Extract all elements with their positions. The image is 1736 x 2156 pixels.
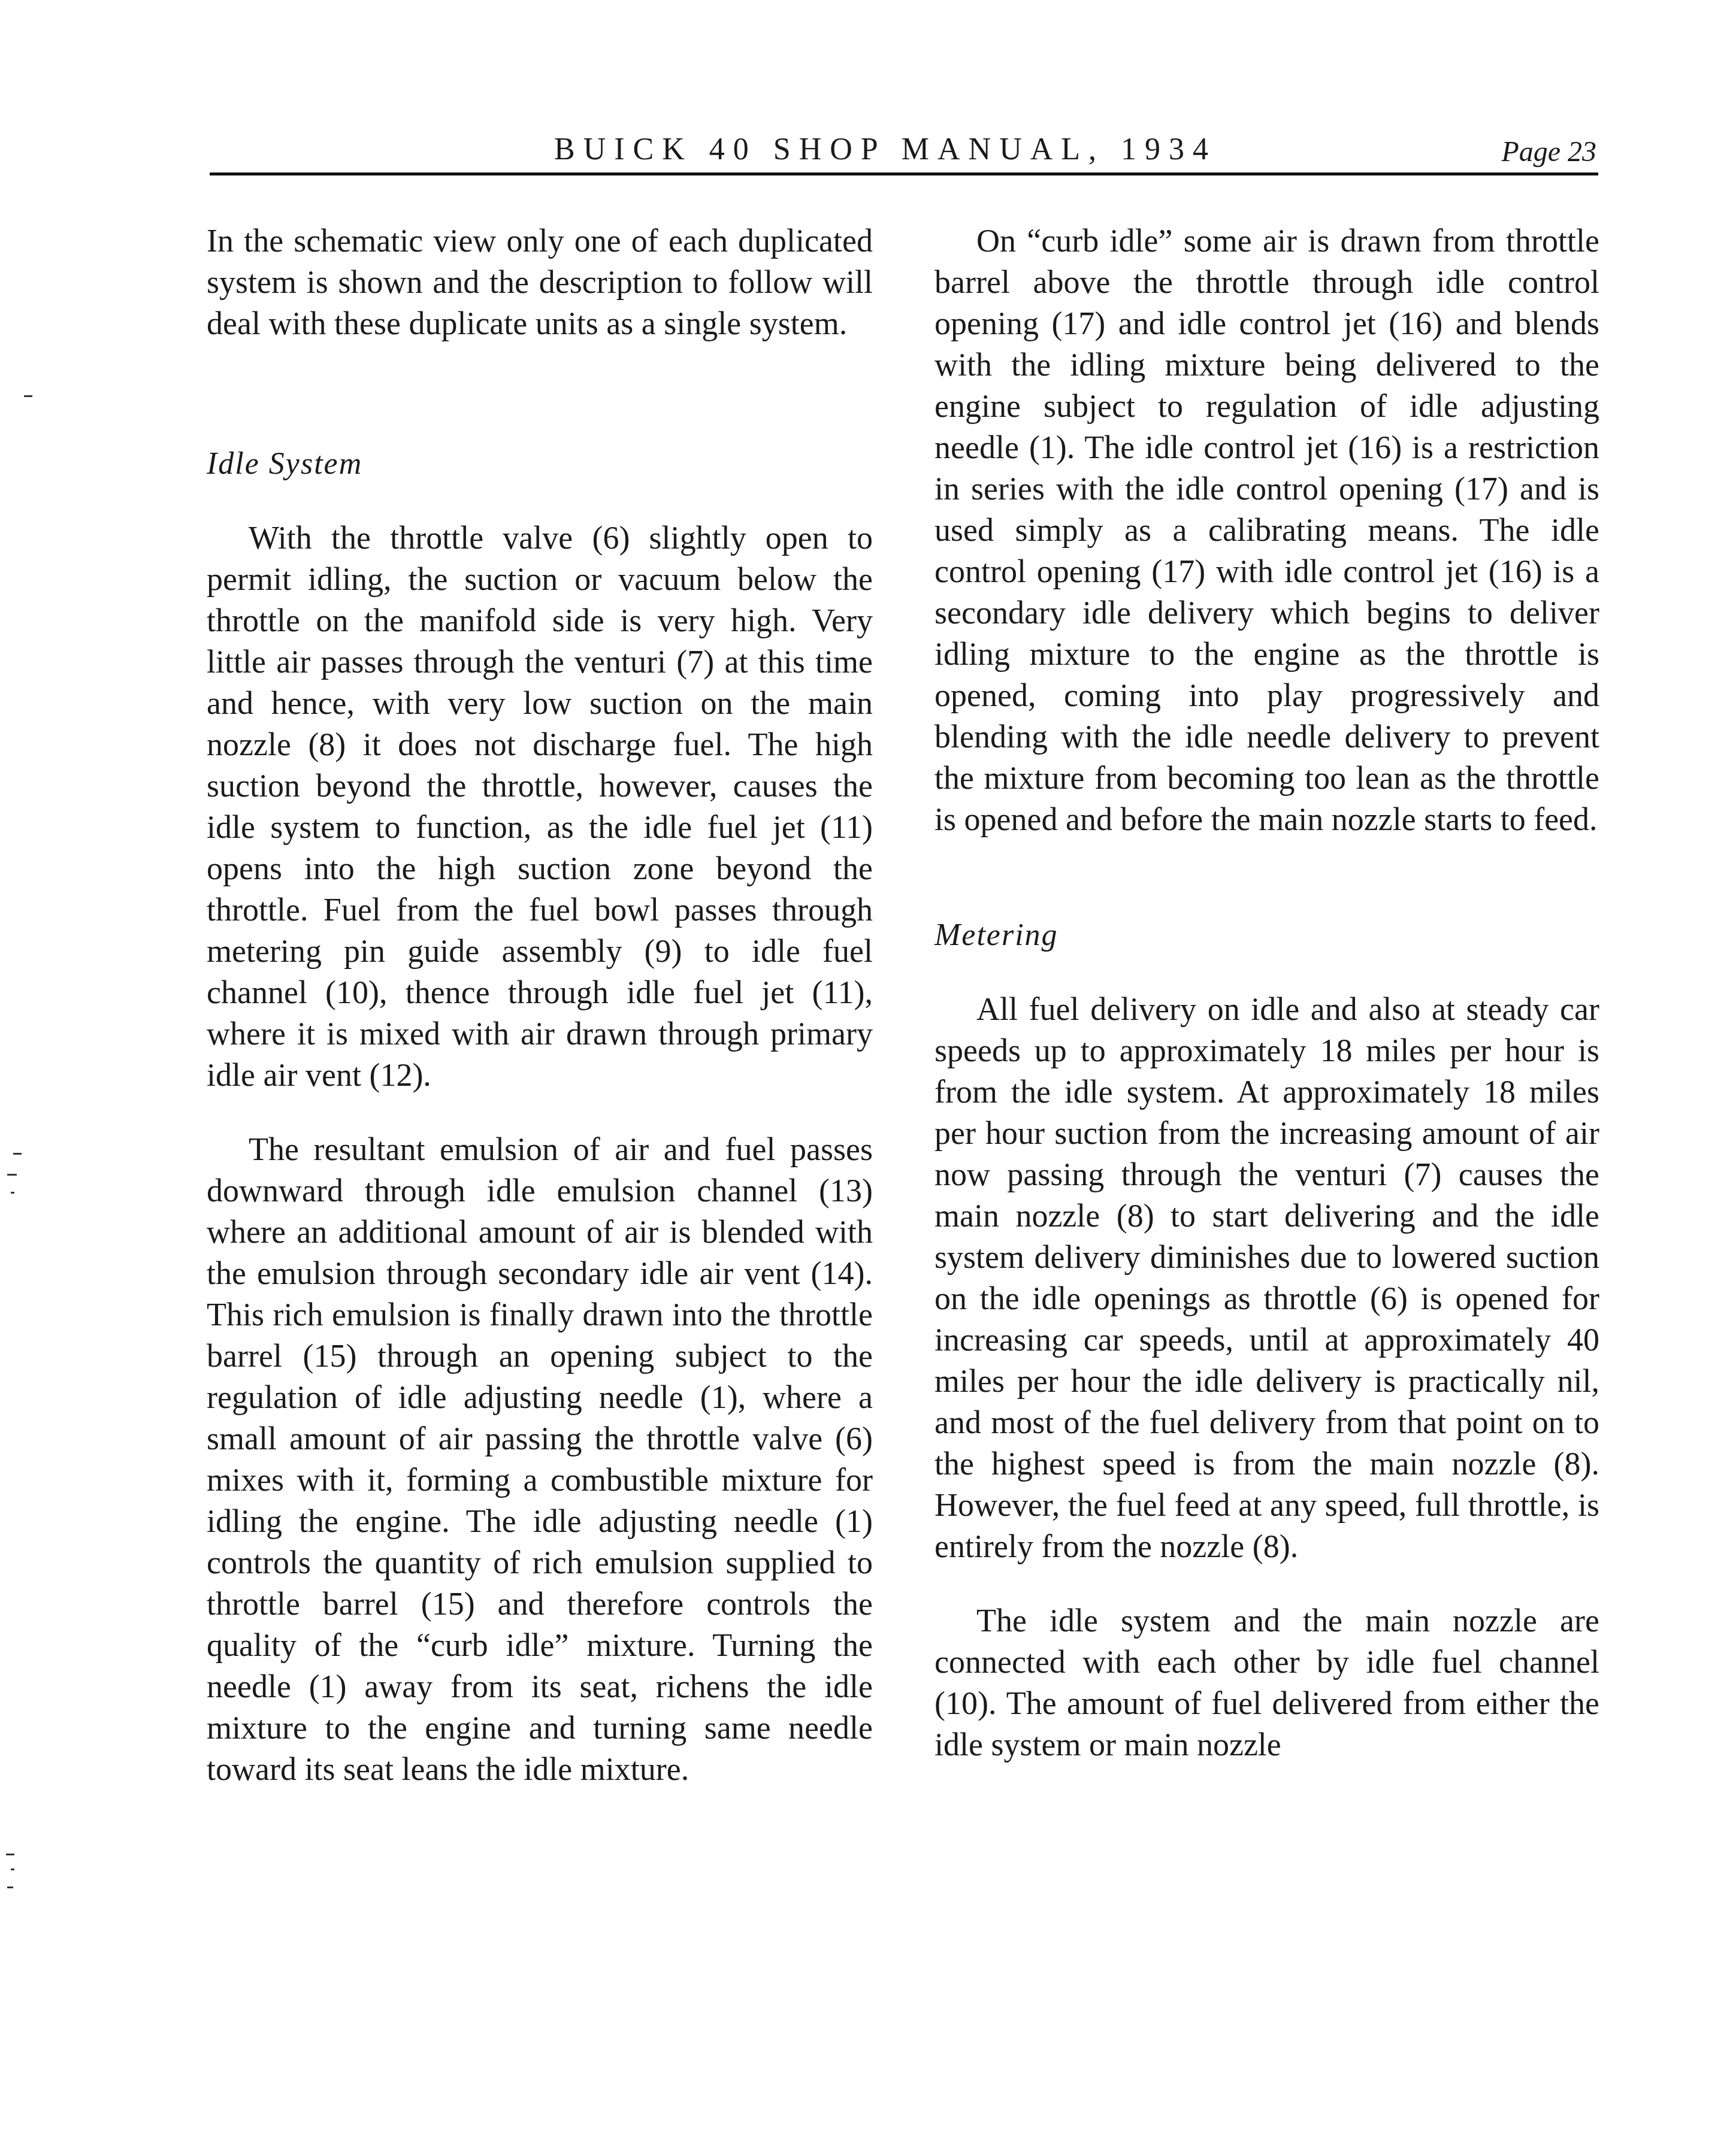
spacer — [207, 344, 873, 443]
spacer — [934, 1567, 1599, 1600]
scan-speck — [6, 1854, 14, 1855]
left-column: In the schematic view only one of each d… — [207, 220, 873, 1790]
section-heading-idle-system: Idle System — [207, 443, 873, 485]
running-header: BUICK 40 SHOP MANUAL, 1934 Page 23 — [210, 129, 1596, 171]
scan-speck — [11, 1869, 14, 1870]
scan-speck — [7, 1174, 17, 1176]
scan-speck — [13, 1153, 22, 1155]
body-paragraph: The idle system and the main nozzle are … — [934, 1600, 1599, 1766]
body-paragraph: The resultant emulsion of air and fuel p… — [207, 1129, 873, 1790]
body-paragraph: With the throttle valve (6) slightly ope… — [207, 517, 873, 1096]
intro-paragraph: On “curb idle” some air is drawn from th… — [934, 220, 1599, 840]
page-number: Page 23 — [1501, 131, 1596, 173]
spacer — [207, 485, 873, 517]
scan-speck — [7, 1886, 13, 1888]
spacer — [207, 1096, 873, 1129]
right-column: On “curb idle” some air is drawn from th… — [934, 220, 1599, 1766]
header-rule — [210, 172, 1598, 175]
manual-page: BUICK 40 SHOP MANUAL, 1934 Page 23 In th… — [0, 0, 1736, 2156]
spacer — [934, 956, 1599, 989]
running-title: BUICK 40 SHOP MANUAL, 1934 — [554, 129, 1217, 171]
body-paragraph: All fuel delivery on idle and also at st… — [934, 989, 1599, 1567]
spacer — [934, 840, 1599, 915]
intro-paragraph: In the schematic view only one of each d… — [207, 220, 873, 344]
scan-speck — [11, 1192, 14, 1194]
section-heading-metering: Metering — [934, 915, 1599, 956]
scan-speck — [24, 395, 32, 397]
